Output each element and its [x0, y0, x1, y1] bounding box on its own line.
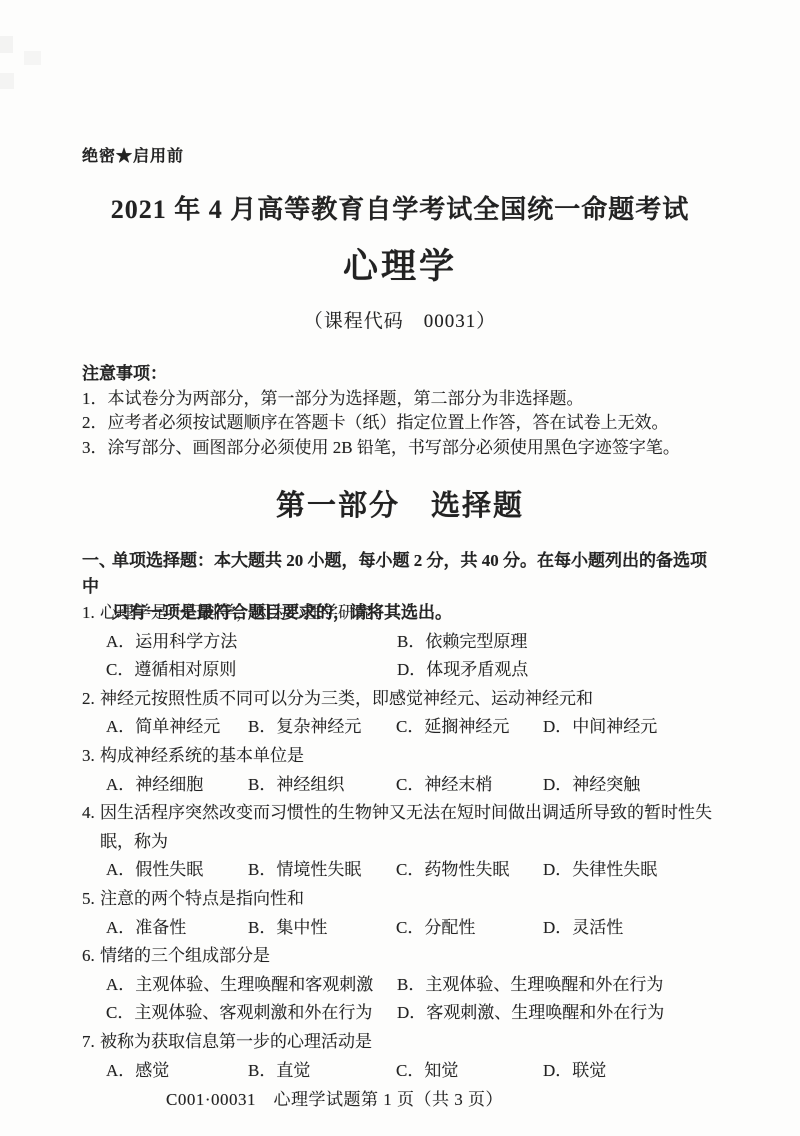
- question-2-text: 神经元按照性质不同可以分为三类，即感觉神经元、运动神经元和: [100, 689, 593, 708]
- question-7-text: 被称为获取信息第一步的心理活动是: [100, 1032, 372, 1051]
- question-2-option-a: A．简单神经元: [106, 713, 248, 742]
- question-4-stem-line-2: 眠，称为: [0, 828, 800, 857]
- notice-item-3: 3．涂写部分、画图部分必须使用 2B 铅笔，书写部分必须使用黑色字迹签字笔。: [82, 436, 742, 461]
- question-6-option-d: D．客观刺激、生理唤醒和外在行为: [397, 999, 664, 1028]
- question-3-option-d: D．神经突触: [543, 771, 640, 800]
- question-6-text: 情绪的三个组成部分是: [100, 946, 270, 965]
- question-7-option-a: A．感觉: [106, 1057, 248, 1086]
- question-1-option-a: A．运用科学方法: [106, 628, 397, 657]
- question-1-options-row-1: A．运用科学方法 B．依赖完型原理: [0, 628, 800, 657]
- question-5-number: 5.: [82, 885, 100, 914]
- question-5-option-d: D．灵活性: [543, 914, 623, 943]
- scan-artifact-mark: [0, 73, 14, 89]
- question-5-text: 注意的两个特点是指向性和: [100, 889, 304, 908]
- question-2: 2.神经元按照性质不同可以分为三类，即感觉神经元、运动神经元和 A．简单神经元 …: [0, 685, 800, 742]
- question-2-option-c: C．延搁神经元: [396, 713, 543, 742]
- question-6-stem: 6.情绪的三个组成部分是: [0, 942, 800, 971]
- exam-paper-page: 绝密★启用前 2021 年 4 月高等教育自学考试全国统一命题考试 心理学 （课…: [0, 0, 800, 1136]
- question-7-option-b: B．直觉: [248, 1057, 396, 1086]
- question-5: 5.注意的两个特点是指向性和 A．准备性 B．集中性 C．分配性 D．灵活性: [0, 885, 800, 942]
- subject-title: 心理学: [0, 239, 800, 289]
- question-2-option-b: B．复杂神经元: [248, 713, 396, 742]
- scan-artifact-mark: [24, 51, 41, 65]
- part-one-heading: 第一部分 选择题: [0, 483, 800, 524]
- notice-item-1: 1．本试卷分为两部分，第一部分为选择题，第二部分为非选择题。: [82, 387, 742, 412]
- section-instruction-text: 单项选择题：本大题共 20 小题，每小题 2 分，共 40 分。在每小题列出的备…: [82, 551, 707, 596]
- question-4-text-line-1: 因生活程序突然改变而习惯性的生物钟又无法在短时间做出调适所导致的暂时性失: [100, 803, 712, 822]
- question-7-option-d: D．联觉: [543, 1057, 606, 1086]
- question-1-number: 1.: [82, 599, 100, 628]
- question-1-stem: 1.心理学是一门科学，因为心理学研究: [0, 599, 800, 628]
- question-5-option-b: B．集中性: [248, 914, 396, 943]
- page-footer: C001·00031 心理学试题第 1 页（共 3 页）: [166, 1085, 503, 1110]
- course-code: （课程代码 00031）: [0, 306, 800, 333]
- question-5-stem: 5.注意的两个特点是指向性和: [0, 885, 800, 914]
- notice-item-2: 2．应考者必须按试题顺序在答题卡（纸）指定位置上作答，答在试卷上无效。: [82, 411, 742, 436]
- notices-heading: 注意事项：: [82, 362, 742, 387]
- question-7-option-c: C．知觉: [396, 1057, 543, 1086]
- question-1: 1.心理学是一门科学，因为心理学研究 A．运用科学方法 B．依赖完型原理 C．遵…: [0, 599, 800, 685]
- question-6-option-b: B．主观体验、生理唤醒和外在行为: [397, 971, 663, 1000]
- question-1-options-row-2: C．遵循相对原则 D．体现矛盾观点: [0, 656, 800, 685]
- question-6-option-c: C．主观体验、客观刺激和外在行为: [106, 999, 397, 1028]
- question-4-option-c: C．药物性失眠: [396, 856, 543, 885]
- question-4: 4.因生活程序突然改变而习惯性的生物钟又无法在短时间做出调适所导致的暂时性失 眠…: [0, 799, 800, 885]
- question-4-option-b: B．情境性失眠: [248, 856, 396, 885]
- section-instruction-line-1: 一、单项选择题：本大题共 20 小题，每小题 2 分，共 40 分。在每小题列出…: [82, 548, 722, 600]
- question-2-option-d: D．中间神经元: [543, 713, 657, 742]
- question-3-stem: 3.构成神经系统的基本单位是: [0, 742, 800, 771]
- notices-section: 注意事项： 1．本试卷分为两部分，第一部分为选择题，第二部分为非选择题。 2．应…: [82, 362, 742, 460]
- question-3-option-c: C．神经末梢: [396, 771, 543, 800]
- exam-title: 2021 年 4 月高等教育自学考试全国统一命题考试: [0, 189, 800, 226]
- scan-artifact-mark: [0, 36, 13, 53]
- question-6: 6.情绪的三个组成部分是 A．主观体验、生理唤醒和客观刺激 B．主观体验、生理唤…: [0, 942, 800, 1028]
- question-6-option-a: A．主观体验、生理唤醒和客观刺激: [106, 971, 397, 1000]
- question-4-options-row: A．假性失眠 B．情境性失眠 C．药物性失眠 D．失律性失眠: [0, 856, 800, 885]
- question-list: 1.心理学是一门科学，因为心理学研究 A．运用科学方法 B．依赖完型原理 C．遵…: [0, 599, 800, 1085]
- question-3-option-b: B．神经组织: [248, 771, 396, 800]
- question-5-option-c: C．分配性: [396, 914, 543, 943]
- question-4-option-d: D．失律性失眠: [543, 856, 657, 885]
- question-2-options-row: A．简单神经元 B．复杂神经元 C．延搁神经元 D．中间神经元: [0, 713, 800, 742]
- classification-label: 绝密★启用前: [82, 143, 184, 166]
- question-3: 3.构成神经系统的基本单位是 A．神经细胞 B．神经组织 C．神经末梢 D．神经…: [0, 742, 800, 799]
- question-3-number: 3.: [82, 742, 100, 771]
- question-3-option-a: A．神经细胞: [106, 771, 248, 800]
- section-marker: 一、: [82, 548, 112, 574]
- question-3-text: 构成神经系统的基本单位是: [100, 746, 304, 765]
- question-7-stem: 7.被称为获取信息第一步的心理活动是: [0, 1028, 800, 1057]
- question-1-option-c: C．遵循相对原则: [106, 656, 397, 685]
- question-1-option-d: D．体现矛盾观点: [397, 656, 528, 685]
- question-6-options-row-1: A．主观体验、生理唤醒和客观刺激 B．主观体验、生理唤醒和外在行为: [0, 971, 800, 1000]
- question-5-option-a: A．准备性: [106, 914, 248, 943]
- question-1-option-b: B．依赖完型原理: [397, 628, 527, 657]
- question-3-options-row: A．神经细胞 B．神经组织 C．神经末梢 D．神经突触: [0, 771, 800, 800]
- question-4-stem-line-1: 4.因生活程序突然改变而习惯性的生物钟又无法在短时间做出调适所导致的暂时性失: [0, 799, 800, 828]
- question-4-number: 4.: [82, 799, 100, 828]
- question-5-options-row: A．准备性 B．集中性 C．分配性 D．灵活性: [0, 914, 800, 943]
- question-4-option-a: A．假性失眠: [106, 856, 248, 885]
- question-7: 7.被称为获取信息第一步的心理活动是 A．感觉 B．直觉 C．知觉 D．联觉: [0, 1028, 800, 1085]
- question-1-text: 心理学是一门科学，因为心理学研究: [100, 603, 372, 622]
- question-7-options-row: A．感觉 B．直觉 C．知觉 D．联觉: [0, 1057, 800, 1086]
- question-2-number: 2.: [82, 685, 100, 714]
- question-2-stem: 2.神经元按照性质不同可以分为三类，即感觉神经元、运动神经元和: [0, 685, 800, 714]
- question-6-number: 6.: [82, 942, 100, 971]
- question-7-number: 7.: [82, 1028, 100, 1057]
- question-6-options-row-2: C．主观体验、客观刺激和外在行为 D．客观刺激、生理唤醒和外在行为: [0, 999, 800, 1028]
